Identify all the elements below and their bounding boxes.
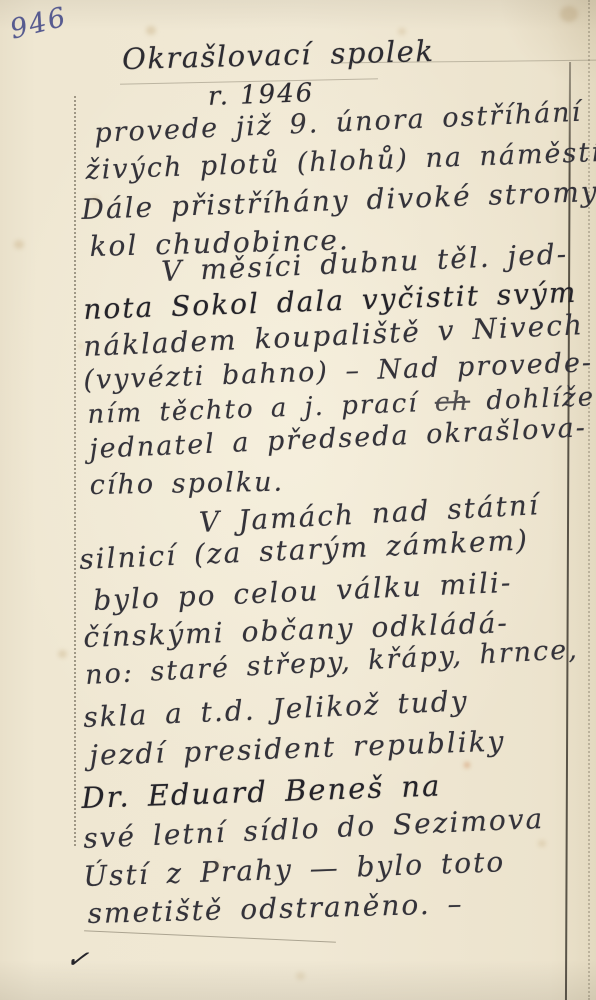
check-mark: ✓ (64, 943, 91, 977)
page-title: Okrašlovací spolek (122, 34, 435, 76)
age-spot (146, 26, 156, 35)
struck-out-word: ch (434, 387, 470, 418)
age-spot (296, 972, 305, 980)
year-heading: r. 1946 (208, 78, 315, 112)
handwritten-line: Ústí z Prahy — bylo toto (83, 845, 506, 893)
line-segment: dohlížel (470, 382, 596, 417)
age-spot (538, 840, 546, 847)
handwritten-line: jezdí president republiky (89, 724, 506, 772)
age-spot (560, 6, 578, 22)
closing-underline (84, 930, 336, 942)
age-spot (58, 650, 67, 658)
handwritten-line: skla a t.d. Jelikož tudy (83, 684, 470, 734)
age-spot (464, 762, 470, 768)
age-spot (14, 240, 24, 249)
chronicle-page: 946 Okrašlovací spolek r. 1946 provede j… (0, 0, 596, 1000)
handwritten-line: cího spolku. (89, 467, 284, 501)
page-number: 946 (7, 1, 70, 45)
left-margin-rule (74, 96, 76, 846)
handwritten-line: smetiště odstraněno. – (87, 887, 464, 930)
